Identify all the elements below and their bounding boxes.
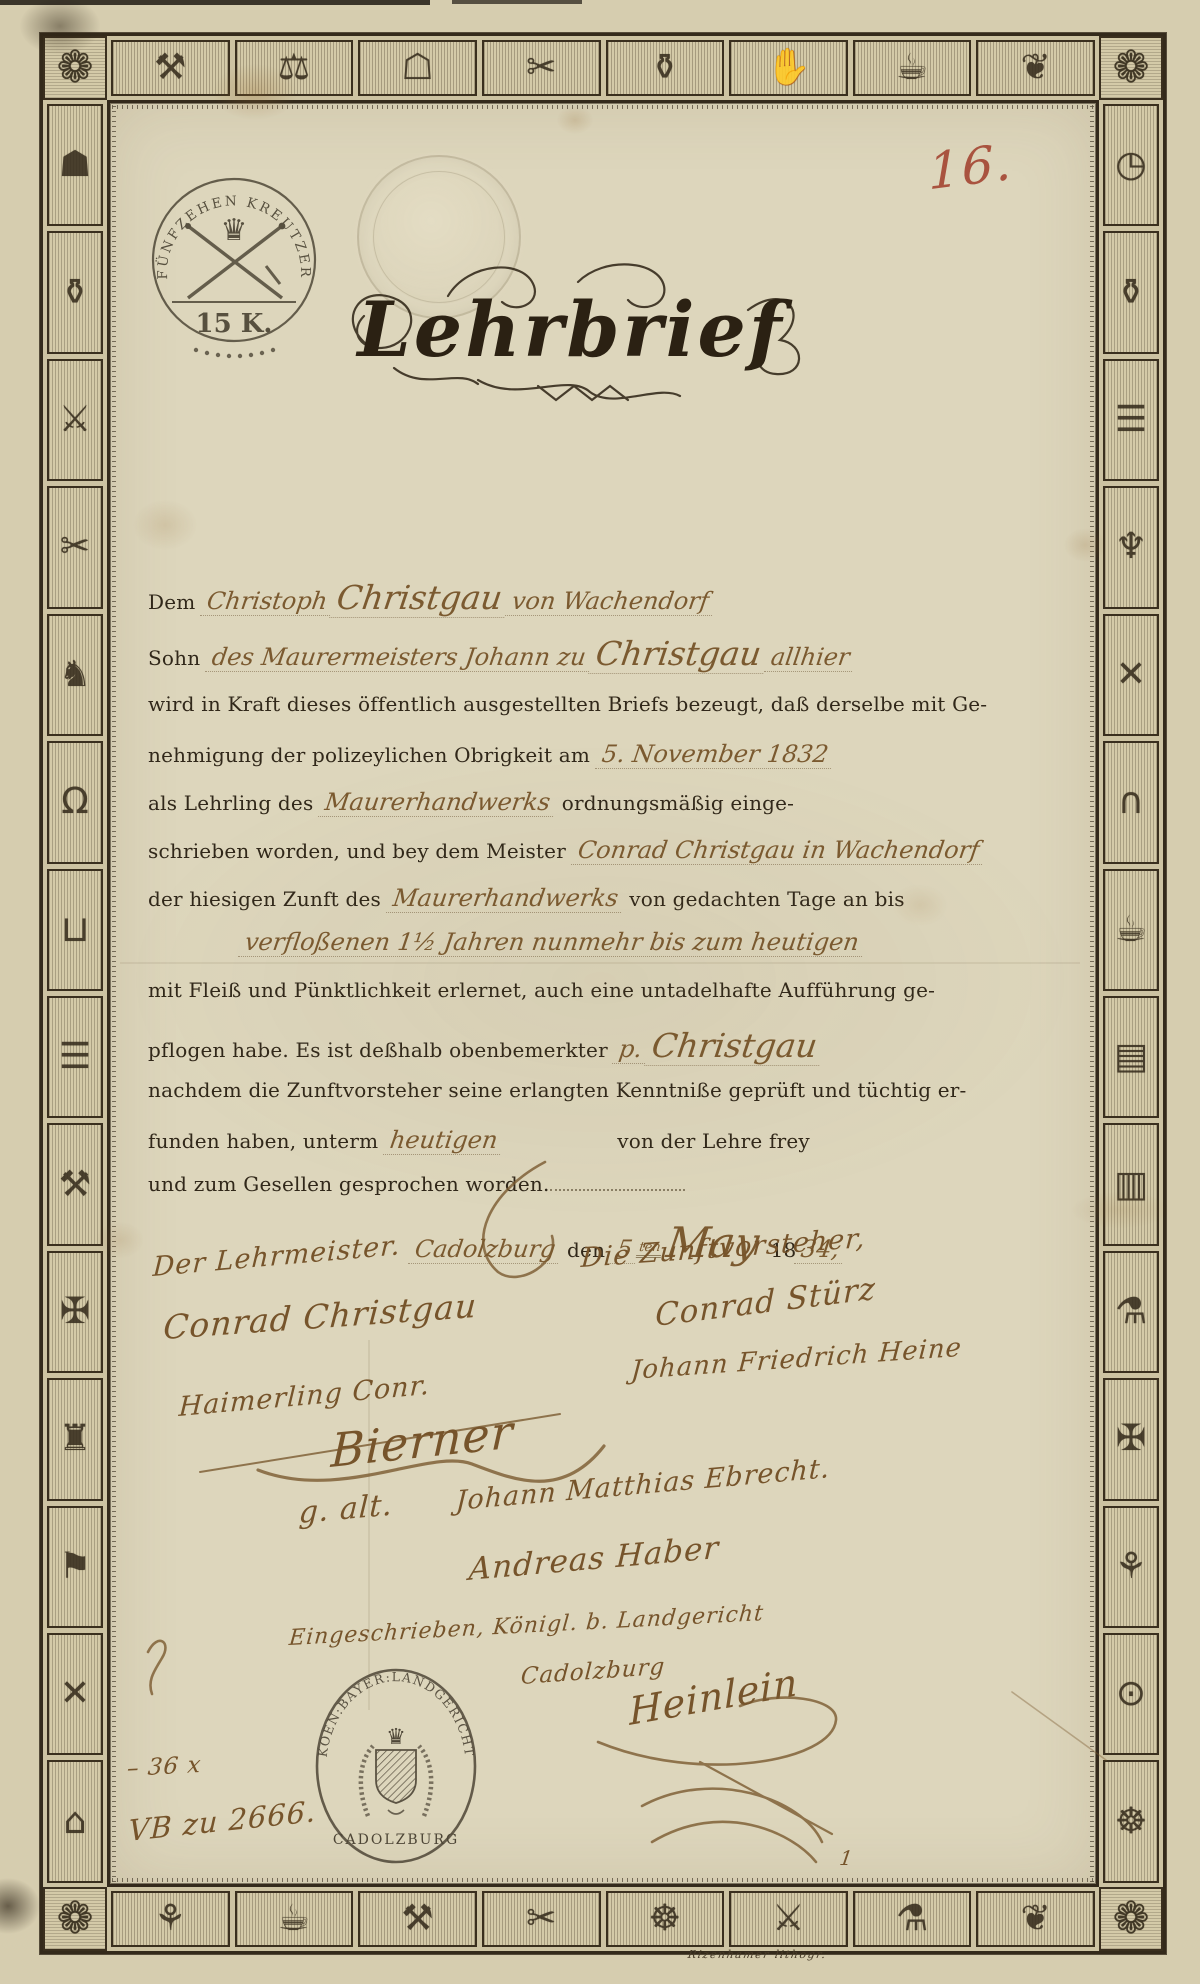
ink-flourishes: [0, 0, 1200, 1984]
folio-number: 16.: [928, 133, 1014, 202]
scan-artifact: [0, 0, 430, 5]
lithographer-imprint: Rizenhamer lithogr.: [687, 1948, 828, 1961]
lehrbrief-document: ❁ ❁ ❁ ❁ ⚒⚖☖✂⚱✋☕❦ ⚘☕⚒✂☸⚔⚗❦ ☗⚱⚔✂♞Ω⊔☰⚒✠♜⚑✕⌂…: [0, 0, 1200, 1984]
court-seal-place: CADOLZBURG: [333, 1832, 459, 1848]
closing-flourish: [642, 1789, 822, 1862]
court-seal-cadolzburg: KOEN:BAYER:LANDGERICHT ♛ CADOLZBURG: [310, 1664, 482, 1872]
stray-pen-stroke: [1012, 1692, 1106, 1760]
marginal-fee-note: – 36 x: [126, 1752, 203, 1782]
date-flourish: [483, 1162, 553, 1277]
document-content: FÜNFZEHEN KREUTZER ♛ 15 K. 16.: [0, 0, 1200, 1984]
marginal-squiggle: [148, 1641, 165, 1694]
crown-icon: ♛: [386, 1725, 406, 1750]
scan-artifact: [452, 0, 582, 4]
